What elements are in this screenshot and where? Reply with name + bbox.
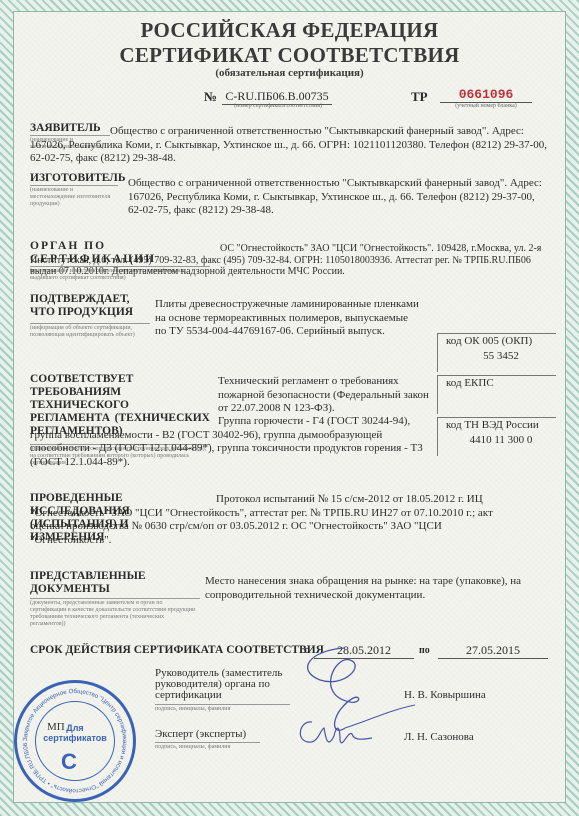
stamp-line-1: Для xyxy=(17,723,133,733)
certificate-number-caption: (номер сертификата соответствия) xyxy=(222,103,334,109)
stamp-logo-icon: С xyxy=(61,749,77,775)
tests-text: Протокол испытаний № 15 с/см-2012 от 18.… xyxy=(30,493,510,547)
applicant-text: Общество с ограниченной ответственностью… xyxy=(30,125,550,166)
documents-text: Место нанесения знака обращения на рынке… xyxy=(205,575,550,602)
blank-number-caption: (учетный номер бланка) xyxy=(440,103,532,109)
manufacturer-caption: (наименование и местонахождение изготови… xyxy=(30,185,118,208)
manufacturer-heading: ИЗГОТОВИТЕЛЬ xyxy=(30,172,118,185)
product-caption: (информация об объекте сертификации, поз… xyxy=(30,323,150,339)
validity-heading: СРОК ДЕЙСТВИЯ СЕРТИФИКАТА СООТВЕТСТВИЯ xyxy=(30,644,324,657)
official-stamp: Закрытое Акционерное Общество "Центр сер… xyxy=(14,680,136,802)
code-ekps-label: код ЕКПС xyxy=(446,376,556,391)
code-ekps-box: код ЕКПС xyxy=(437,375,556,414)
head-label: Руководитель (заместитель руководителя) … xyxy=(155,668,290,701)
manufacturer-section: ИЗГОТОВИТЕЛЬ (наименование и местонахожд… xyxy=(30,172,118,208)
number-label: № xyxy=(204,89,217,105)
code-okp-label: код ОК 005 (ОКП) xyxy=(446,334,556,349)
stamp-line-2: сертификатов xyxy=(17,733,133,743)
document-title: СЕРТИФИКАТ СООТВЕТСТВИЯ xyxy=(0,43,579,68)
manufacturer-text: Общество с ограниченной ответственностью… xyxy=(128,177,548,218)
documents-heading: ПРЕДСТАВЛЕННЫЕ ДОКУМЕНТЫ xyxy=(30,570,200,596)
expert-caption: подпись, инициалы, фамилия xyxy=(155,742,260,750)
code-tnved-box: код ТН ВЭД России 4410 11 300 0 xyxy=(437,417,556,456)
validity-to-label: по xyxy=(419,645,430,656)
code-okp-box: код ОК 005 (ОКП) 55 3452 xyxy=(437,333,556,372)
certification-body-text: ОС "Огнестойкость" ЗАО "ЦСИ "Огнестойкос… xyxy=(30,243,552,278)
documents-caption: (документы, представленные заявителем в … xyxy=(30,598,200,628)
documents-section: ПРЕДСТАВЛЕННЫЕ ДОКУМЕНТЫ (документы, пре… xyxy=(30,570,200,628)
code-okp-value: 55 3452 xyxy=(446,349,556,364)
country-title: РОССИЙСКАЯ ФЕДЕРАЦИЯ xyxy=(0,18,579,43)
tp-label: ТР xyxy=(411,89,428,105)
regulation-text-1: Технический регламент о требованиях пожа… xyxy=(218,375,433,416)
document-subtitle: (обязательная сертификация) xyxy=(0,67,579,79)
expert-signature-block: Эксперт (эксперты) подпись, инициалы, фа… xyxy=(155,728,260,750)
product-heading: ПОДТВЕРЖДАЕТ, ЧТО ПРОДУКЦИЯ xyxy=(30,293,150,319)
expert-label: Эксперт (эксперты) xyxy=(155,728,260,742)
product-section: ПОДТВЕРЖДАЕТ, ЧТО ПРОДУКЦИЯ (информация … xyxy=(30,293,150,339)
signature-scribbles xyxy=(290,640,420,760)
head-signature-block: Руководитель (заместитель руководителя) … xyxy=(155,668,290,712)
product-text: Плиты древесностружечные ламинированные … xyxy=(155,298,420,339)
head-caption: подпись, инициалы, фамилия xyxy=(155,704,290,712)
validity-to-date: 27.05.2015 xyxy=(438,643,548,659)
code-tnved-label: код ТН ВЭД России xyxy=(446,418,556,433)
code-tnved-value: 4410 11 300 0 xyxy=(446,433,556,448)
blank-number: 0661096 xyxy=(440,87,532,103)
regulation-text-2: Группа горючести - Г4 (ГОСТ 30244-94), г… xyxy=(30,415,435,469)
